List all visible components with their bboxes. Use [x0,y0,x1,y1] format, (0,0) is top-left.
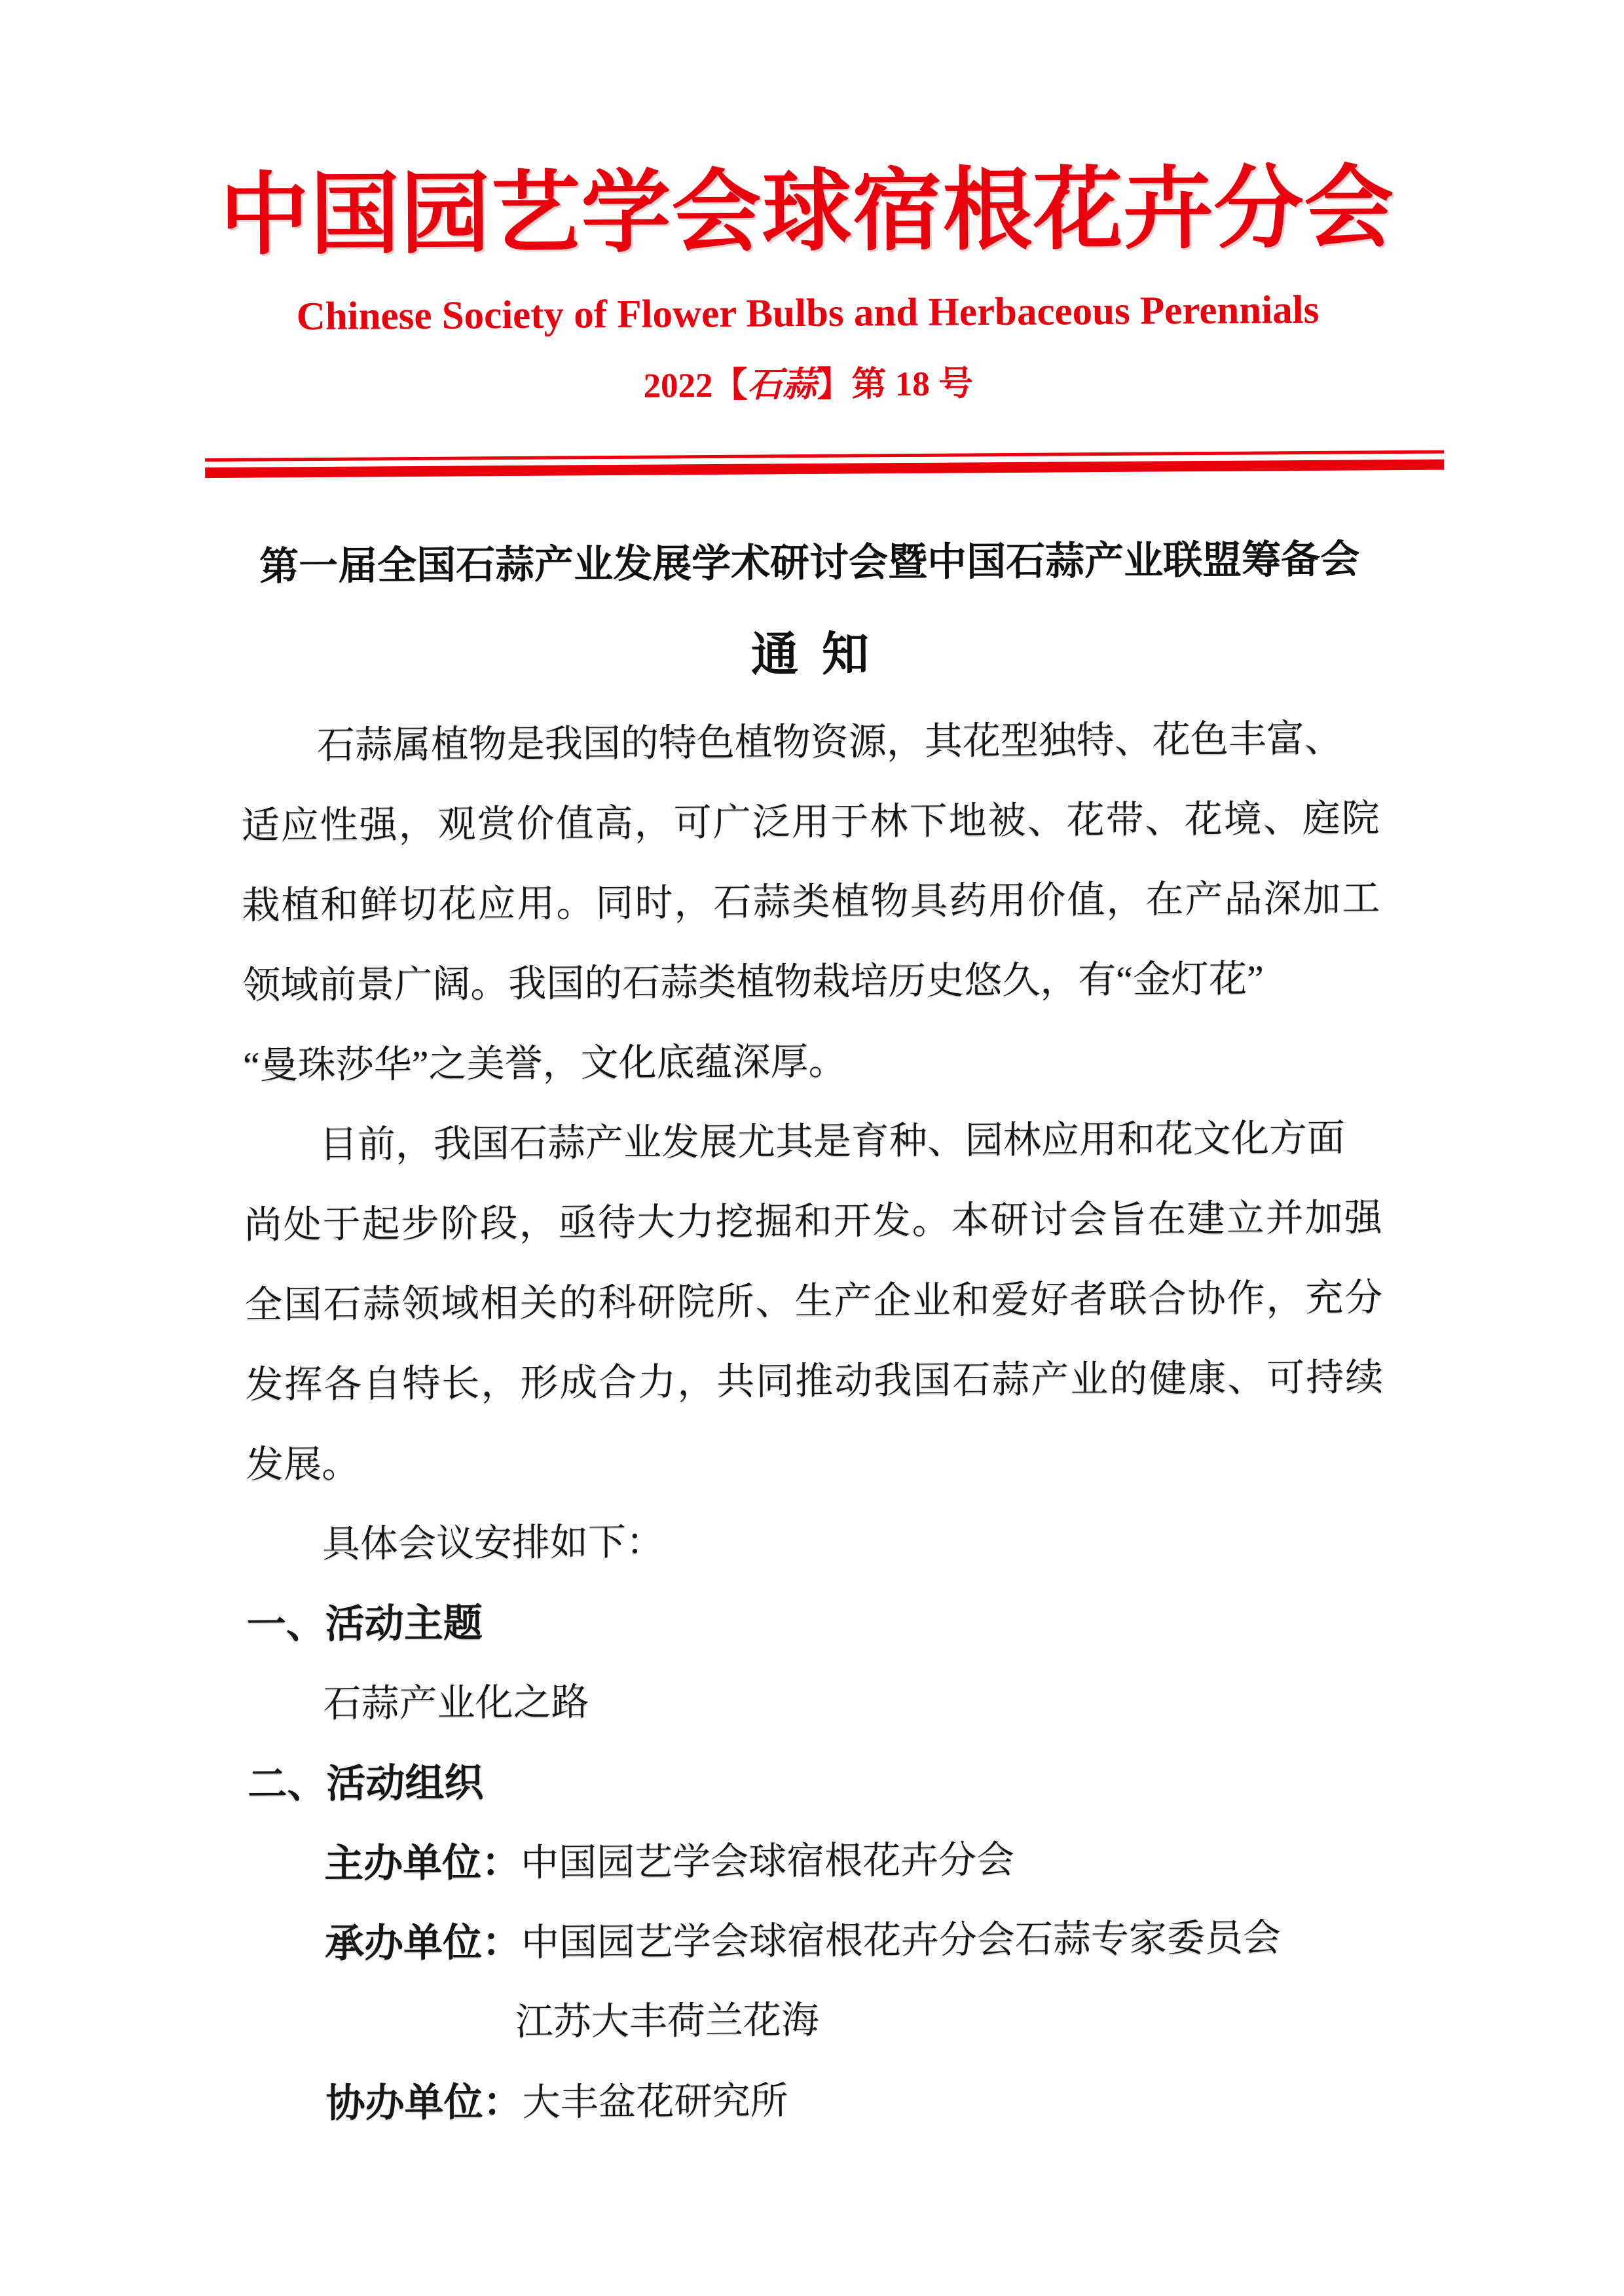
notice-body: 第一届全国石蒜产业发展学术研讨会暨中国石蒜产业联盟筹备会 通 知 石蒜属植物是我… [0,532,1624,2145]
paragraph-2-line-5: 发展。 [246,1417,1405,1505]
section-1-heading: 一、活动主题 [246,1577,1406,1665]
section-2-heading: 二、活动组织 [248,1737,1407,1825]
organizer-host-value: 中国园艺学会球宿根花卉分会 [521,1838,1014,1884]
paragraph-1-line-3: 栽植和鲜切花应用。同时，石蒜类植物具药用价值，在产品深加工 [242,858,1401,946]
org-name-english: Chinese Society of Flower Bulbs and Herb… [0,287,1620,340]
notice-text: 石蒜属植物是我国的特色植物资源，其花型独特、花色丰富、 适应性强，观赏价值高，可… [241,699,1410,2144]
paragraph-2-line-4: 发挥各自特长，形成合力，共同推动我国石蒜产业的健康、可持续 [245,1338,1405,1425]
organizer-undertaker-label: 承办单位： [325,1920,521,1965]
red-divider [205,450,1444,479]
section-1-content: 石蒜产业化之路 [247,1657,1407,1745]
paragraph-2-line-2: 尚处于起步阶段，亟待大力挖掘和开发。本研讨会旨在建立并加强 [244,1178,1403,1266]
paragraph-2-line-3: 全国石蒜领域相关的科研院所、生产企业和爱好者联合协作，充分 [244,1258,1404,1345]
paragraph-2-line-1: 目前，我国石蒜产业发展尤其是育种、园林应用和花文化方面 [244,1098,1403,1186]
organizer-co-organizer: 协办单位：大丰盆花研究所 [249,2056,1409,2144]
organizer-co-organizer-value: 大丰盆花研究所 [522,2079,788,2124]
paragraph-1-line-5: “曼珠莎华”之美誉，文化底蕴深厚。 [243,1018,1403,1106]
organizer-undertaker: 承办单位：中国园艺学会球宿根花卉分会石蒜专家委员会 [249,1897,1409,1984]
document-number: 2022【石蒜】第 18 号 [0,360,1620,410]
paragraph-1-line-2: 适应性强，观赏价值高，可广泛用于林下地被、花带、花境、庭院 [241,778,1401,866]
paragraph-1-line-4: 领域前景广阔。我国的石蒜类植物栽培历史悠久，有“金灯花” [242,938,1402,1026]
doc-number-suffix: 】第 18 号 [817,365,973,404]
doc-number-prefix: 2022【 [643,367,747,405]
letterhead: 中国园艺学会球宿根花卉分会 Chinese Society of Flower … [0,149,1621,479]
doc-number-subject: 石蒜 [747,366,817,405]
organizer-host-label: 主办单位： [324,1840,521,1886]
notice-document-page: 中国园艺学会球宿根花卉分会 Chinese Society of Flower … [0,0,1624,2296]
paragraph-1-line-1: 石蒜属植物是我国的特色植物资源，其花型独特、花色丰富、 [241,699,1401,786]
organizer-co-organizer-label: 协办单位： [325,2080,522,2125]
org-name-chinese: 中国园艺学会球宿根花卉分会 [0,149,1619,275]
scanned-sheet: 中国园艺学会球宿根花卉分会 Chinese Society of Flower … [0,149,1624,2145]
notice-subtitle: 通 知 [0,618,1622,691]
organizer-host: 主办单位：中国园艺学会球宿根花卉分会 [248,1817,1408,1904]
agenda-intro: 具体会议安排如下： [246,1497,1406,1585]
organizer-undertaker-continued: 江苏大丰荷兰花海 [249,1977,1409,2064]
organizer-undertaker-value: 中国园艺学会球宿根花卉分会石蒜专家委员会 [521,1916,1281,1964]
notice-title: 第一届全国石蒜产业发展学术研讨会暨中国石蒜产业联盟筹备会 [0,532,1621,594]
